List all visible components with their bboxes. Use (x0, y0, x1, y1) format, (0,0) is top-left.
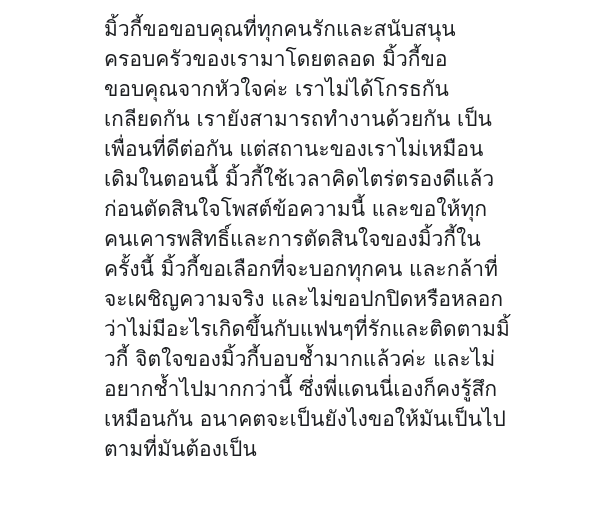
text-line: ขอบคุณจากหัวใจค่ะ เราไม่ได้โกรธกัน (104, 74, 584, 104)
post-text-body: มิ้วกี้ขอขอบคุณที่ทุกคนรักและสนับสนุน คร… (104, 14, 584, 464)
text-line: ครอบครัวของเรามาโดยตลอด มิ้วกี้ขอ (104, 44, 584, 74)
text-line: วกี้ จิตใจของมิ้วกี้บอบช้ำมากแล้วค่ะ และ… (104, 344, 584, 374)
text-line: ตามที่มันต้องเป็น (104, 434, 584, 464)
text-line: เกลียดกัน เรายังสามารถทำงานด้วยกัน เป็น (104, 104, 584, 134)
text-line: ก่อนตัดสินใจโพสต์ข้อความนี้ และขอให้ทุก (104, 194, 584, 224)
text-line: คนเคารพสิทธิ์และการตัดสินใจของมิ้วกี้ใน (104, 224, 584, 254)
text-line: เพื่อนที่ดีต่อกัน แต่สถานะของเราไม่เหมือ… (104, 134, 584, 164)
text-line: ว่าไม่มีอะไรเกิดขึ้นกับแฟนๆที่รักและติดต… (104, 314, 584, 344)
text-line: เดิมในตอนนี้ มิ้วกี้ใช้เวลาคิดไตร่ตรองดี… (104, 164, 584, 194)
text-line: จะเผชิญความจริง และไม่ขอปกปิดหรือหลอก (104, 284, 584, 314)
text-line: ครั้งนี้ มิ้วกี้ขอเลือกที่จะบอกทุกคน และ… (104, 254, 584, 284)
text-line: เหมือนกัน อนาคตจะเป็นยังไงขอให้มันเป็นไป (104, 404, 584, 434)
text-line: มิ้วกี้ขอขอบคุณที่ทุกคนรักและสนับสนุน (104, 14, 584, 44)
text-line: อยากช้ำไปมากกว่านี้ ซึ่งพี่แดนนี่เองก็คง… (104, 374, 584, 404)
